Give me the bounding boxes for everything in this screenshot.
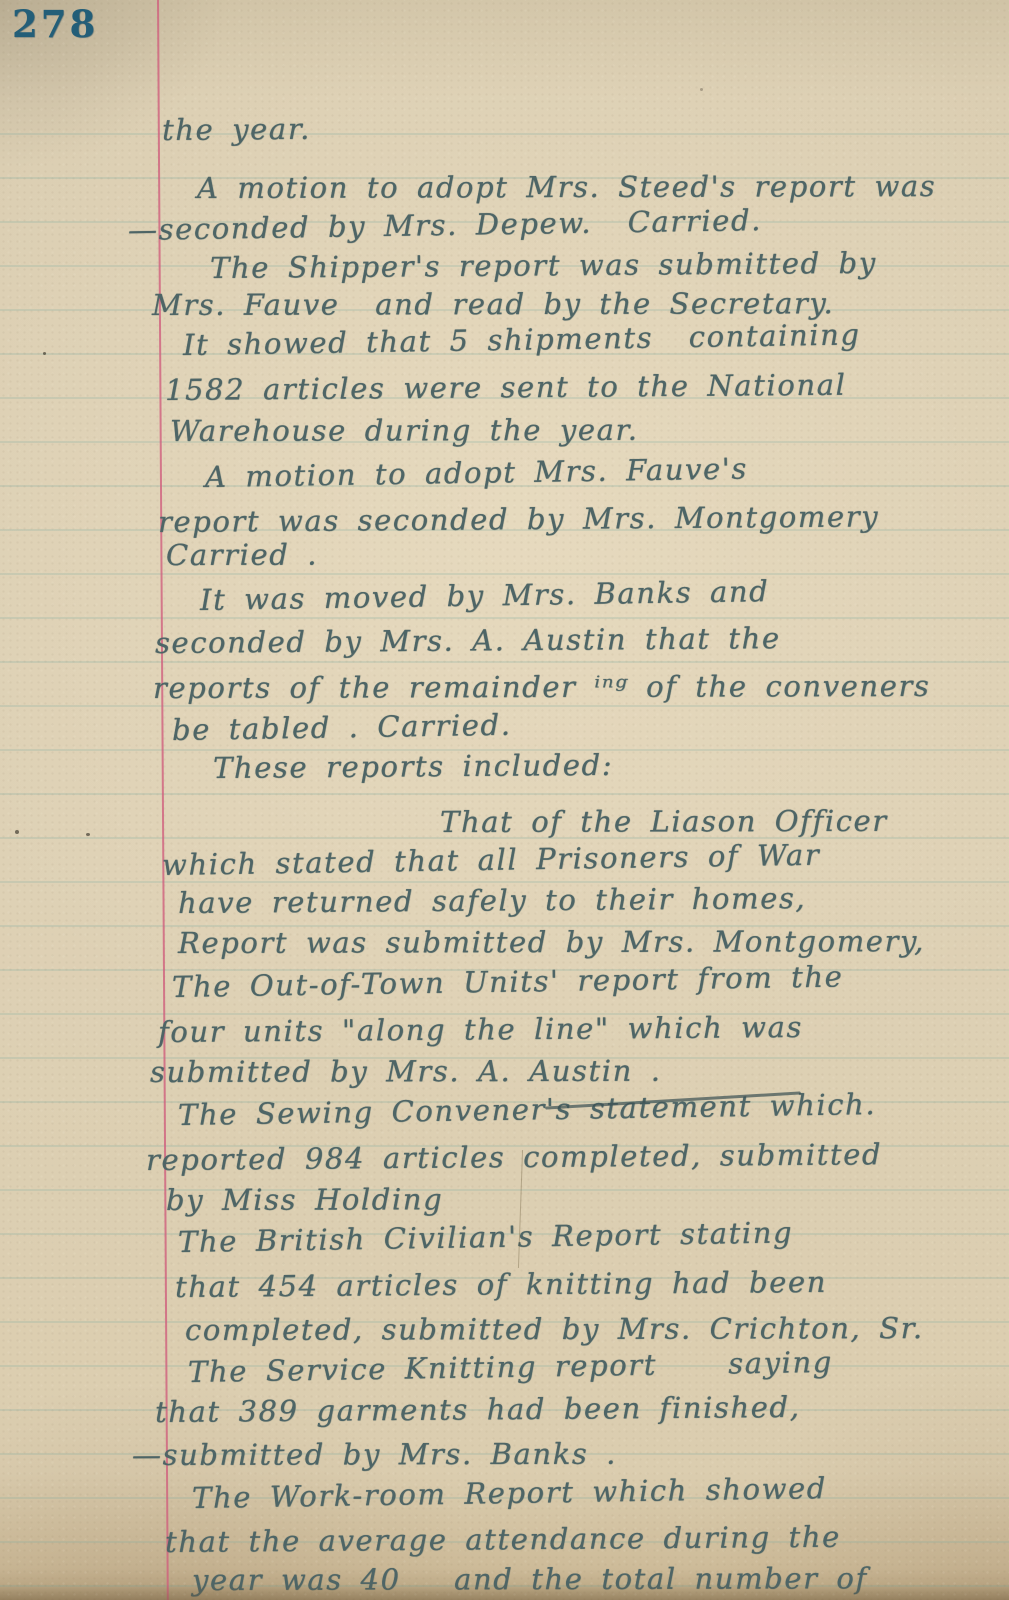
handwriting-line: That of the Liason Officer [440, 803, 888, 840]
handwriting-line: These reports included: [213, 747, 613, 786]
handwriting-line: have returned safely to their homes, [178, 880, 806, 921]
handwriting-line: Mrs. Fauve and read by the Secretary. [152, 285, 834, 323]
handwriting-line: The Sewing Convener's statement which. [178, 1086, 877, 1133]
handwriting-line: be tabled . Carried. [172, 707, 512, 748]
handwriting-line: that the average attendance during the [165, 1519, 841, 1560]
handwriting-line: reports of the remainder ⁱⁿᵍ of the conv… [153, 668, 930, 706]
handwriting-line: —seconded by Mrs. Depew. Carried. [128, 202, 762, 248]
handwriting-line: four units "along the line" which was [158, 1009, 803, 1050]
handwriting-line: 1582 articles were sent to the National [165, 367, 847, 408]
handwritten-text: the year.A motion to adopt Mrs. Steed's … [0, 0, 1009, 1600]
handwriting-line: A motion to adopt Mrs. Steed's report wa… [197, 168, 936, 206]
handwriting-line: The Work-room Report which showed [192, 1470, 827, 1516]
handwriting-line: —submitted by Mrs. Banks . [132, 1436, 617, 1473]
handwriting-line: which stated that all Prisoners of War [162, 837, 821, 883]
handwriting-line: A motion to adopt Mrs. Fauve's [205, 450, 748, 495]
ledger-page: 278 the year.A motion to adopt Mrs. Stee… [0, 0, 1009, 1600]
handwriting-line: Carried . [166, 537, 318, 573]
handwriting-line: year was 40 and the total number of [192, 1560, 868, 1598]
handwriting-line: Warehouse during the year. [170, 412, 639, 449]
handwriting-line: submitted by Mrs. A. Austin . [150, 1053, 662, 1090]
handwriting-line: that 454 articles of knitting had been [175, 1264, 827, 1305]
handwriting-line: It was moved by Mrs. Banks and [200, 573, 770, 618]
handwriting-line: completed, submitted by Mrs. Crichton, S… [185, 1310, 924, 1348]
handwriting-line: It showed that 5 shipments containing [183, 316, 861, 363]
handwriting-line: Report was submitted by Mrs. Montgomery, [178, 923, 925, 961]
handwriting-line: reported 984 articles completed, submitt… [146, 1136, 882, 1178]
handwriting-line: by Miss Holding [166, 1181, 443, 1218]
handwriting-line: seconded by Mrs. A. Austin that the [155, 620, 781, 661]
handwriting-line: report was seconded by Mrs. Montgomery [158, 498, 879, 540]
handwriting-line: that 389 garments had been finished, [155, 1389, 801, 1430]
handwriting-line: the year. [162, 111, 311, 148]
handwriting-line: The Service Knitting report saying [188, 1344, 833, 1390]
handwriting-line: The Shipper's report was submitted by [210, 245, 877, 286]
handwriting-line: The Out-of-Town Units' report from the [172, 958, 844, 1005]
handwriting-line: The British Civilian's Report stating [178, 1214, 794, 1260]
